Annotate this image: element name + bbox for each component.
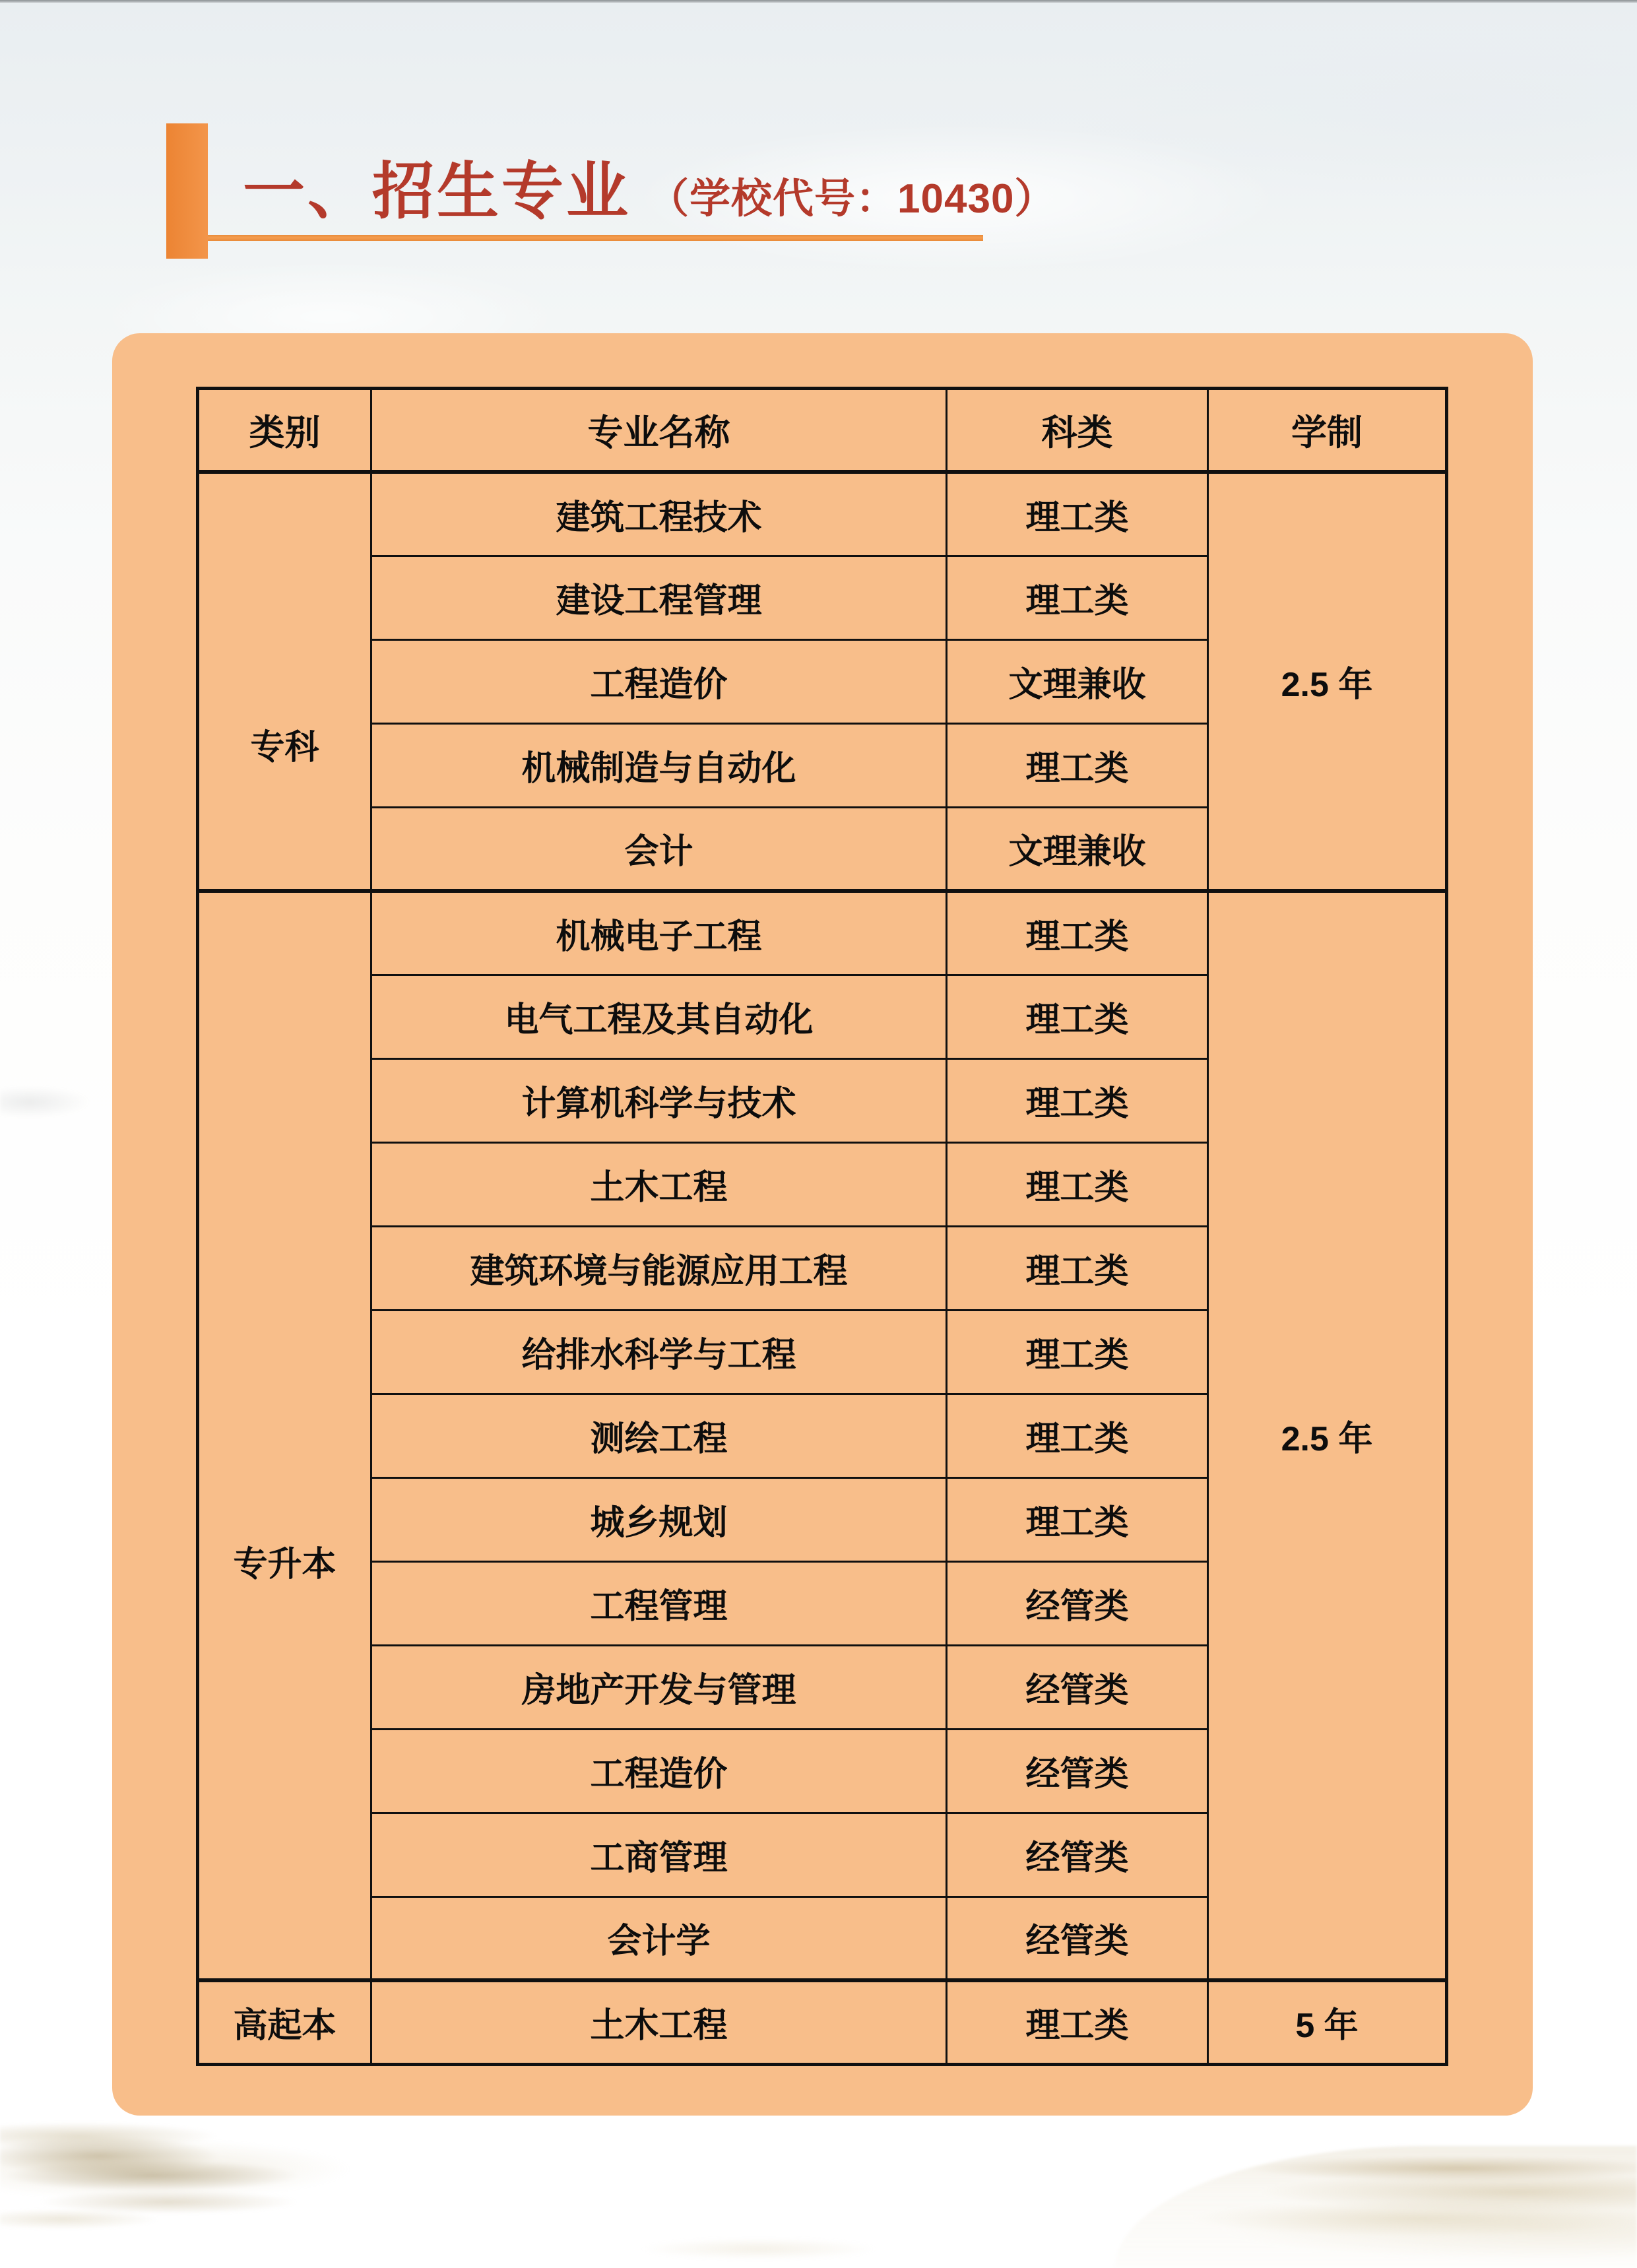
subject-cell: 经管类 [947,1561,1208,1645]
category-cell-zhuanshengben: 专升本 [198,891,371,1980]
subject-cell: 理工类 [947,975,1208,1058]
category-cell-gaoqiben: 高起本 [198,1980,371,2064]
major-name-cell: 给排水科学与工程 [371,1310,947,1394]
top-border-line [0,0,1637,3]
major-name-cell: 建筑工程技术 [371,472,947,556]
subject-cell: 经管类 [947,1645,1208,1729]
major-name-cell: 建筑环境与能源应用工程 [371,1226,947,1310]
title-underline [208,235,983,241]
major-name-cell: 机械制造与自动化 [371,723,947,807]
page-title: 一、招生专业 [243,157,631,225]
major-name-cell: 建设工程管理 [371,556,947,639]
major-name-cell: 计算机科学与技术 [371,1058,947,1142]
subject-cell: 经管类 [947,1729,1208,1813]
duration-cell-gaoqiben: 5 年 [1208,1980,1447,2064]
left-edge-smudge [0,1056,125,1148]
major-name-cell: 城乡规划 [371,1477,947,1561]
major-name-cell: 房地产开发与管理 [371,1645,947,1729]
column-header-duration: 学制 [1208,389,1447,472]
category-label: 专升本 [233,1536,336,1586]
major-name-cell: 土木工程 [371,1142,947,1226]
major-name-cell: 土木工程 [371,1980,947,2064]
subject-cell: 经管类 [947,1813,1208,1896]
subject-cell: 经管类 [947,1896,1208,1980]
major-name-cell: 会计 [371,807,947,891]
subject-cell: 理工类 [947,1142,1208,1226]
column-header-major: 专业名称 [371,389,947,472]
major-name-cell: 工程造价 [371,639,947,723]
majors-table: 类别 专业名称 科类 学制 专科 建筑工程技术 理工类 2.5 年 建设工程管理… [196,387,1448,2066]
title-line: 一、招生专业 （学校代号：10430） [243,157,1056,225]
major-name-cell: 机械电子工程 [371,891,947,975]
brochure-page: 一、招生专业 （学校代号：10430） 类别 专业名称 科类 学制 专科 建筑工… [0,0,1637,2268]
duration-cell-zhuanshengben: 2.5 年 [1208,891,1447,1980]
subject-cell: 理工类 [947,472,1208,556]
category-label: 专科 [250,719,319,769]
subject-cell: 理工类 [947,1394,1208,1477]
subject-cell: 文理兼收 [947,807,1208,891]
table-row: 专科 建筑工程技术 理工类 2.5 年 [198,472,1447,556]
major-name-cell: 工商管理 [371,1813,947,1896]
subject-cell: 理工类 [947,1226,1208,1310]
table-panel: 类别 专业名称 科类 学制 专科 建筑工程技术 理工类 2.5 年 建设工程管理… [112,333,1533,2116]
column-header-subject: 科类 [947,389,1208,472]
school-code-note: （学校代号：10430） [648,166,1056,224]
table-row: 专升本 机械电子工程 理工类 2.5 年 [198,891,1447,975]
subject-cell: 理工类 [947,1980,1208,2064]
subject-cell: 理工类 [947,1310,1208,1394]
table-row: 高起本 土木工程 理工类 5 年 [198,1980,1447,2064]
subject-cell: 理工类 [947,1477,1208,1561]
subject-cell: 理工类 [947,1058,1208,1142]
subject-cell: 理工类 [947,723,1208,807]
major-name-cell: 会计学 [371,1896,947,1980]
subject-cell: 文理兼收 [947,639,1208,723]
subject-cell: 理工类 [947,891,1208,975]
subject-cell: 理工类 [947,556,1208,639]
major-name-cell: 工程造价 [371,1729,947,1813]
major-name-cell: 测绘工程 [371,1394,947,1477]
major-name-cell: 工程管理 [371,1561,947,1645]
column-header-category: 类别 [198,389,371,472]
major-name-cell: 电气工程及其自动化 [371,975,947,1058]
category-label: 高起本 [233,1997,336,2047]
category-cell-zhuanke: 专科 [198,472,371,891]
title-accent-bar [166,123,208,259]
duration-cell-zhuanke: 2.5 年 [1208,472,1447,891]
header-row: 类别 专业名称 科类 学制 [198,389,1447,472]
